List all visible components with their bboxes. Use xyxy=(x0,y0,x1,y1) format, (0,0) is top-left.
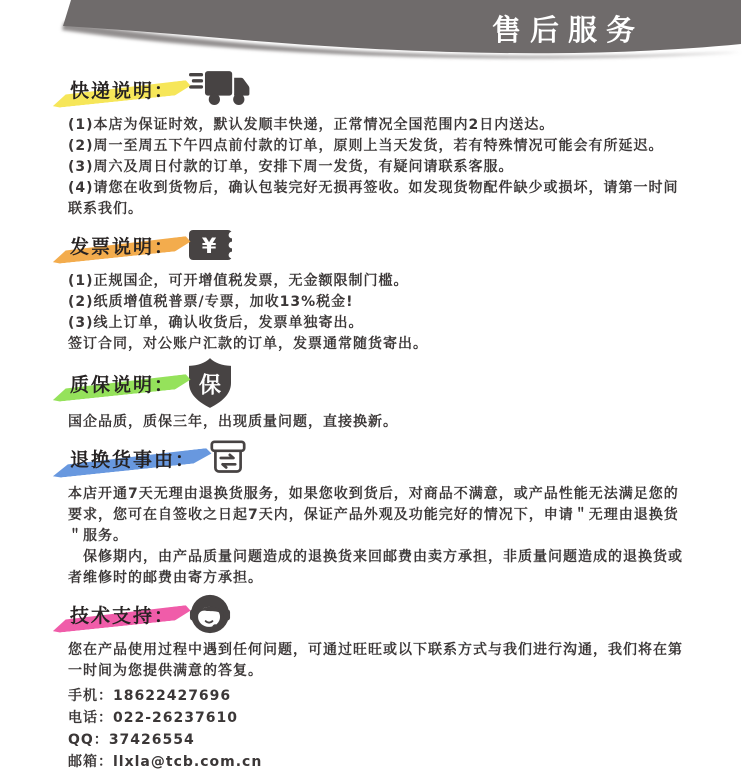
returns-heading: 退换货事由： xyxy=(70,449,196,471)
invoice-line: 签订合同，对公账户汇款的订单，发票通常随货寄出。 xyxy=(68,334,692,355)
invoice-ticket-icon: ¥ xyxy=(189,229,235,261)
invoice-line: (3)线上订单，确认收货后，发票单独寄出。 xyxy=(68,313,692,334)
contact-label: QQ： xyxy=(68,732,109,748)
section-warranty: 质保说明： 保 国企品质，质保三年，出现质量问题，直接换新。 xyxy=(68,359,692,433)
returns-paragraph: 本店开通7天无理由退换货服务，如果您收到货后，对商品不满意，或产品性能无法满足您… xyxy=(68,484,692,547)
shipping-heading-row: 快递说明： xyxy=(68,68,692,110)
shield-glyph: 保 xyxy=(199,373,221,399)
contact-block: 手机：18622427696 电话：022-26237610 QQ：374265… xyxy=(68,685,692,773)
warranty-heading: 质保说明： xyxy=(70,374,175,396)
headset-icon xyxy=(189,593,231,635)
page-title: 售后服务 xyxy=(492,8,644,49)
section-invoice: 发票说明： ¥ (1)正规国企，可开增值税发票，无金额限制门槛。 (2)纸质增值… xyxy=(68,224,692,355)
support-paragraph: 您在产品使用过程中遇到任何问题，可通过旺旺或以下联系方式与我们进行沟通，我们将在… xyxy=(68,640,692,682)
support-heading-row: 技术支持： xyxy=(68,593,692,635)
contact-mobile: 手机：18622427696 xyxy=(68,685,692,707)
shipping-line: (2)周一至周五下午四点前付款的订单，原则上当天发货，若有特殊情况可能会有所延迟… xyxy=(68,136,692,157)
shipping-line: (1)本店为保证时效，默认发顺丰快递，正常情况全国范围内2日内送达。 xyxy=(68,115,692,136)
support-heading: 技术支持： xyxy=(70,605,175,627)
invoice-heading-row: 发票说明： ¥ xyxy=(68,224,692,266)
contact-value: llxla@tcb.com.cn xyxy=(113,754,262,770)
exchange-box-icon xyxy=(210,439,246,477)
contact-phone: 电话：022-26237610 xyxy=(68,707,692,729)
section-returns: 退换货事由： 本店开通7天无理由退换货服务，如果您收到货后，对商品不满意，或产品… xyxy=(68,437,692,589)
content-area: 快递说明： xyxy=(0,62,748,773)
contact-value: 022-26237610 xyxy=(113,710,238,726)
section-support: 技术支持： 您在产品使用过程中遇到任何问题，可通过旺旺或以下联系方式 xyxy=(68,593,692,682)
contact-label: 邮箱： xyxy=(68,754,113,770)
after-sales-page: 售后服务 快递说明： xyxy=(0,0,748,773)
contact-value: 18622427696 xyxy=(113,688,231,704)
section-shipping: 快递说明： xyxy=(68,68,692,220)
contact-label: 电话： xyxy=(68,710,113,726)
invoice-line: (2)纸质增值税普票/专票，加收13%税金! xyxy=(68,292,692,313)
contact-value: 37426554 xyxy=(109,732,195,748)
invoice-heading: 发票说明： xyxy=(70,236,175,258)
invoice-line: (1)正规国企，可开增值税发票，无金额限制门槛。 xyxy=(68,271,692,292)
warranty-heading-row: 质保说明： 保 xyxy=(68,359,692,407)
returns-heading-row: 退换货事由： xyxy=(68,437,692,479)
yen-glyph: ¥ xyxy=(202,234,217,258)
contact-qq: QQ：37426554 xyxy=(68,729,692,751)
shipping-heading: 快递说明： xyxy=(70,80,175,102)
shipping-line: (3)周六及周日付款的订单，安排下周一发货，有疑问请联系客服。 xyxy=(68,157,692,178)
contact-email: 邮箱：llxla@tcb.com.cn xyxy=(68,751,692,773)
returns-paragraph: 保修期内，由产品质量问题造成的退换货来回邮费由卖方承担，非质量问题造成的退换货或… xyxy=(68,547,692,589)
page-banner: 售后服务 xyxy=(0,0,748,62)
contact-label: 手机： xyxy=(68,688,113,704)
truck-icon xyxy=(189,69,251,109)
shipping-line: (4)请您在收到货物后，确认包装完好无损再签收。如发现货物配件缺少或损坏，请第一… xyxy=(68,178,692,220)
warranty-line: 国企品质，质保三年，出现质量问题，直接换新。 xyxy=(68,412,692,433)
warranty-shield-icon: 保 xyxy=(189,358,231,408)
